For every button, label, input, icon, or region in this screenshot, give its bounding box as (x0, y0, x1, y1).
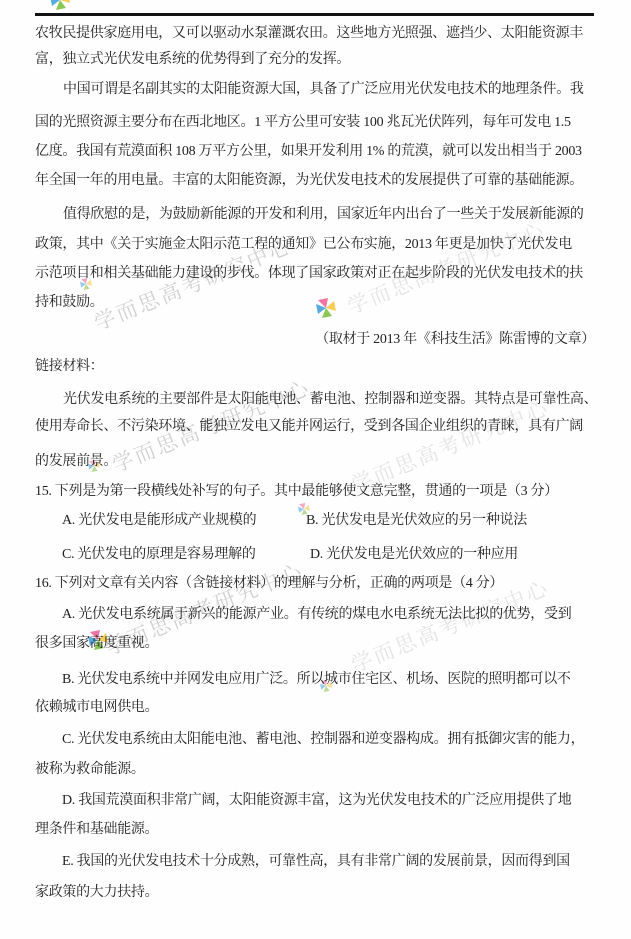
question-15-option-c: C. 光伏发电的原理是容易理解的 (62, 545, 256, 565)
pinwheel-logo-icon (50, 0, 70, 10)
para2-line-2: 国的光照资源主要分布在西北地区。1 平方公里可安装 100 兆瓦光伏阵列，每年可… (35, 113, 571, 133)
question-16-option-d-line-2: 理条件和基础能源。 (35, 820, 158, 840)
question-16-option-b-line-1: B. 光伏发电系统中并网发电应用广泛。所以城市住宅区、机场、医院的照明都可以不 (62, 670, 571, 690)
para2-line-3: 亿度。我国有荒漠面积 108 万平方公里，如果开发利用 1% 的荒漠，就可以发出… (35, 142, 582, 162)
question-16-option-c-line-1: C. 光伏发电系统由太阳能电池、蓄电池、控制器和逆变器构成。拥有抵御灾害的能力， (62, 730, 584, 750)
para1-line-1: 农牧民提供家庭用电，又可以驱动水泵灌溉农田。这些地方光照强、遮挡少、太阳能资源丰 (35, 24, 583, 44)
link-line-2: 使用寿命长、不污染环境、能独立发电又能并网运行，受到各国企业组织的青睐，具有广阔 (35, 417, 583, 437)
link-line-3: 的发展前景。 (35, 452, 117, 472)
para2-line-4: 年全国一年的用电量。丰富的太阳能资源，为光伏发电技术的发展提供了可靠的基础能源。 (35, 171, 583, 191)
link-material-label: 链接材料： (35, 357, 104, 377)
question-15-option-a: A. 光伏发电是能形成产业规模的 (62, 511, 256, 531)
question-15-option-d: D. 光伏发电是光伏效应的一种应用 (310, 545, 518, 565)
para1-line-2: 富，独立式光伏发电系统的优势得到了充分的发挥。 (35, 50, 350, 70)
question-16-option-c-line-2: 被称为救命能源。 (35, 760, 145, 780)
question-16-option-d-line-1: D. 我国荒漠面积非常广阔，太阳能资源丰富，这为光伏发电技术的广泛应用提供了地 (62, 791, 571, 811)
question-16-stem: 16. 下列对文章有关内容（含链接材料）的理解与分析，正确的两项是（4 分） (35, 574, 503, 594)
scanned-document-page: 学而思高考研究中心 学而思高考研究中心 学而思高考研究中心 学而思高考研究中心 … (0, 0, 631, 939)
pinwheel-logo-icon (316, 298, 336, 318)
top-rule-divider (35, 13, 594, 16)
para3-line-1: 值得欣慰的是，为鼓励新能源的开发和利用，国家近年内出台了一些关于发展新能源的 (63, 205, 584, 225)
question-16-option-e-line-1: E. 我国的光伏发电技术十分成熟，可靠性高，具有非常广阔的发展前景，因而得到国 (62, 852, 570, 872)
question-16-option-e-line-2: 家政策的大力扶持。 (35, 883, 158, 903)
para2-line-1: 中国可谓是名副其实的太阳能资源大国，具备了广泛应用光伏发电技术的地理条件。我 (63, 80, 584, 100)
question-16-option-a-line-2: 很多国家高度重视。 (35, 634, 158, 654)
source-attribution: （取材于 2013 年《科技生活》陈雷博的文章） (315, 330, 595, 350)
para3-line-4: 持和鼓励。 (35, 293, 104, 313)
question-15-stem: 15. 下列是为第一段横线处补写的句子。其中最能够使文意完整，贯通的一项是（3 … (35, 482, 558, 502)
para3-line-2: 政策，其中《关于实施金太阳示范工程的通知》已公布实施，2013 年更是加快了光伏… (35, 235, 572, 255)
question-16-option-a-line-1: A. 光伏发电系统属于新兴的能源产业。有传统的煤电水电系统无法比拟的优势，受到 (62, 605, 571, 625)
question-15-option-b: B. 光伏发电是光伏效应的另一种说法 (306, 511, 527, 531)
question-16-option-b-line-2: 依赖城市电网供电。 (35, 698, 158, 718)
para3-line-3: 示范项目和相关基础能力建设的步伐。体现了国家政策对正在起步阶段的光伏发电技术的扶 (35, 264, 583, 284)
link-line-1: 光伏发电系统的主要部件是太阳能电池、蓄电池、控制器和逆变器。其特点是可靠性高、 (63, 390, 597, 410)
